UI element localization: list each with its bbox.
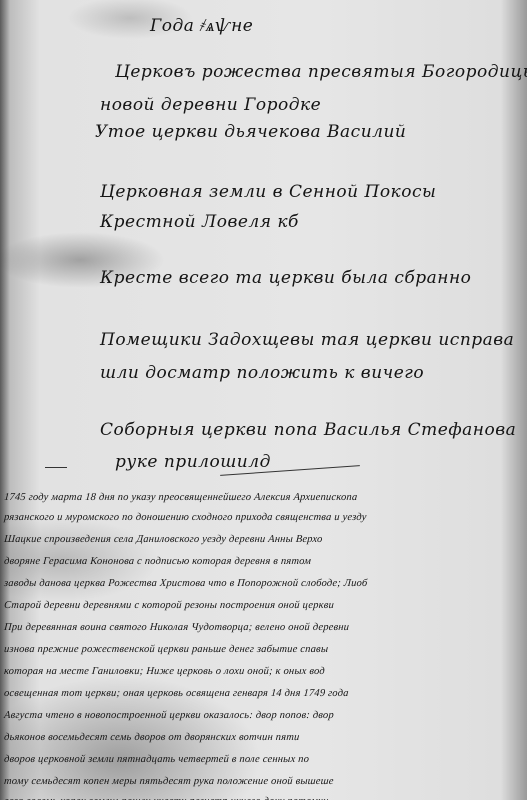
body-line: Августа чтено в новопостроенной церкви о… <box>4 710 335 721</box>
body-line: освещенная тот церкви; оная церковь освя… <box>4 688 349 699</box>
header-line: Церковъ рожества пресвятыя Богородицы во <box>115 62 527 82</box>
header-line: Соборныя церкви попа Василья Стефанова <box>100 420 516 440</box>
body-line: 1745 году марта 18 дня по указу преосвящ… <box>4 492 358 503</box>
header-line: Помещики Задохщевы тая церкви исправа <box>100 330 514 350</box>
manuscript-page: Года ҂ѧѱнеЦерковъ рожества пресвятыя Бог… <box>0 0 527 800</box>
body-line: Шацкие спроизведения села Даниловского у… <box>4 534 323 545</box>
header-line: руке прилошилд <box>115 452 271 472</box>
body-line: При деревянная воина святого Николая Чуд… <box>4 622 350 633</box>
body-line: всея восемь копен земли; пошли унести ре… <box>4 796 329 800</box>
header-line: Крестной Ловеля кб <box>100 212 299 232</box>
header-line: Утое церкви дьячекова Василий <box>95 122 406 142</box>
body-line: тому семьдесят копен меры пятьдесят рука… <box>4 776 334 787</box>
body-line: которая на месте Ганиловки; Ниже церковь… <box>4 666 326 677</box>
body-line: дворяне Герасима Кононова с подписью кот… <box>4 556 312 567</box>
divider-flourish-left <box>45 467 67 468</box>
header-line: Года ҂ѧѱне <box>150 16 253 36</box>
header-line: новой деревни Городке <box>100 95 321 115</box>
body-line: рязанского и муромского по доношению схо… <box>4 512 367 523</box>
header-line: шли досматр положить к вичего <box>100 363 424 383</box>
body-line: дворов церковной земли пятнадцать четвер… <box>4 754 310 765</box>
body-line: дьяконов восемьдесят семь дворов от двор… <box>4 732 300 743</box>
body-line: Старой деревни деревнями с которой резон… <box>4 600 335 611</box>
body-line: изнова прежние рожественской церкви рань… <box>4 644 329 655</box>
body-line: заводы данова церква Рожества Христова ч… <box>4 578 368 589</box>
header-line: Кресте всего та церкви была сбранно <box>100 268 471 288</box>
header-line: Церковная земли в Сенной Покосы <box>100 182 436 202</box>
